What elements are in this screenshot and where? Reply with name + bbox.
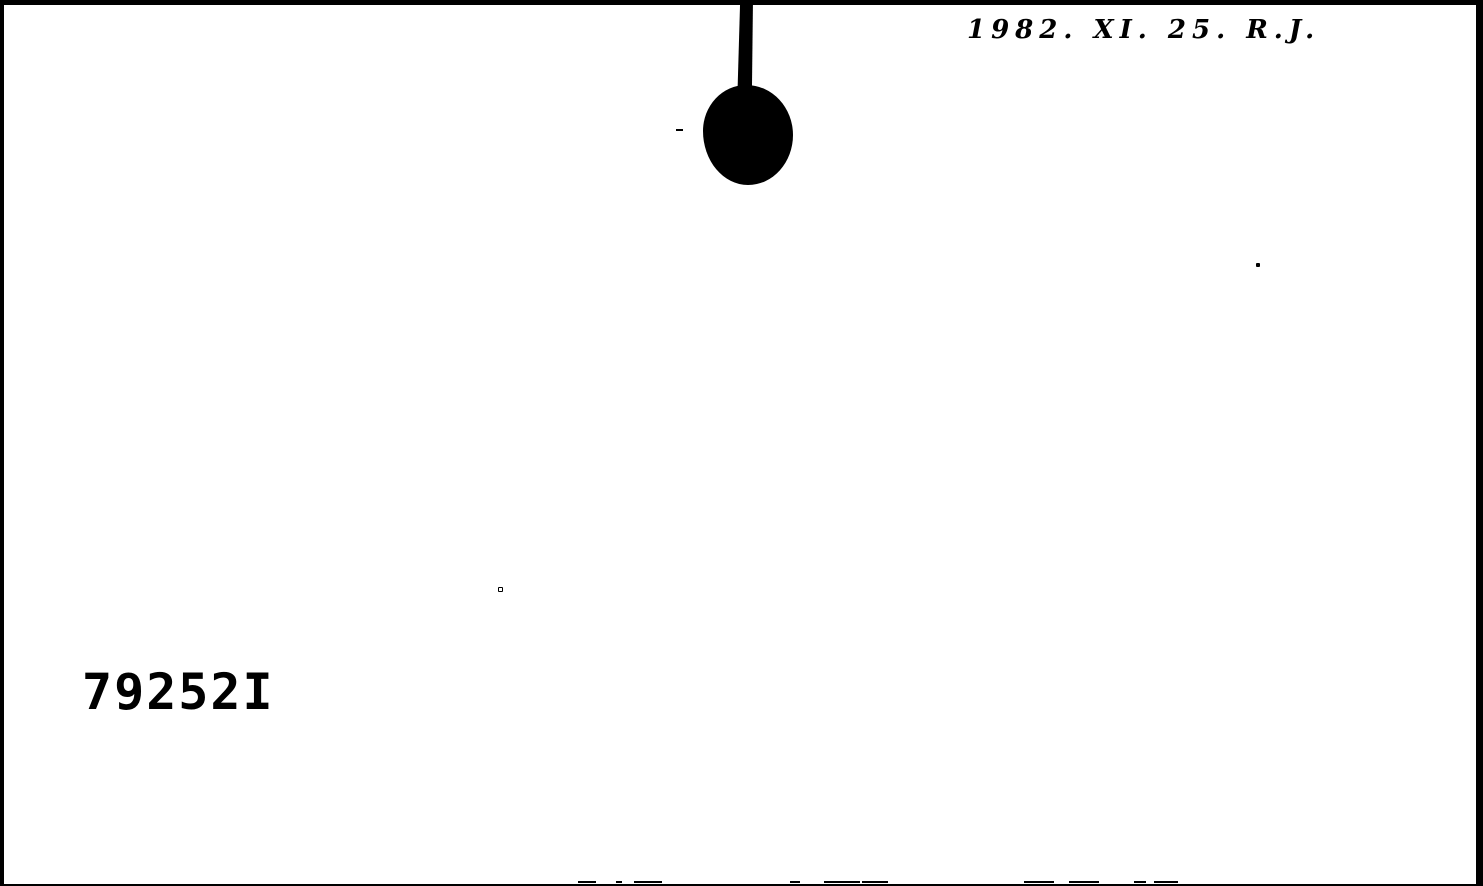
punched-hole <box>703 85 793 185</box>
bottom-edge-marks <box>4 876 1476 884</box>
ink-speck <box>1256 263 1260 267</box>
ink-speck <box>498 587 503 592</box>
handwritten-date: 1982. XI. 25. R.J. <box>967 15 1320 45</box>
ink-mark <box>676 129 683 131</box>
catalog-number: 79252I <box>82 663 275 721</box>
catalog-card: 1982. XI. 25. R.J. 79252I <box>4 3 1476 884</box>
